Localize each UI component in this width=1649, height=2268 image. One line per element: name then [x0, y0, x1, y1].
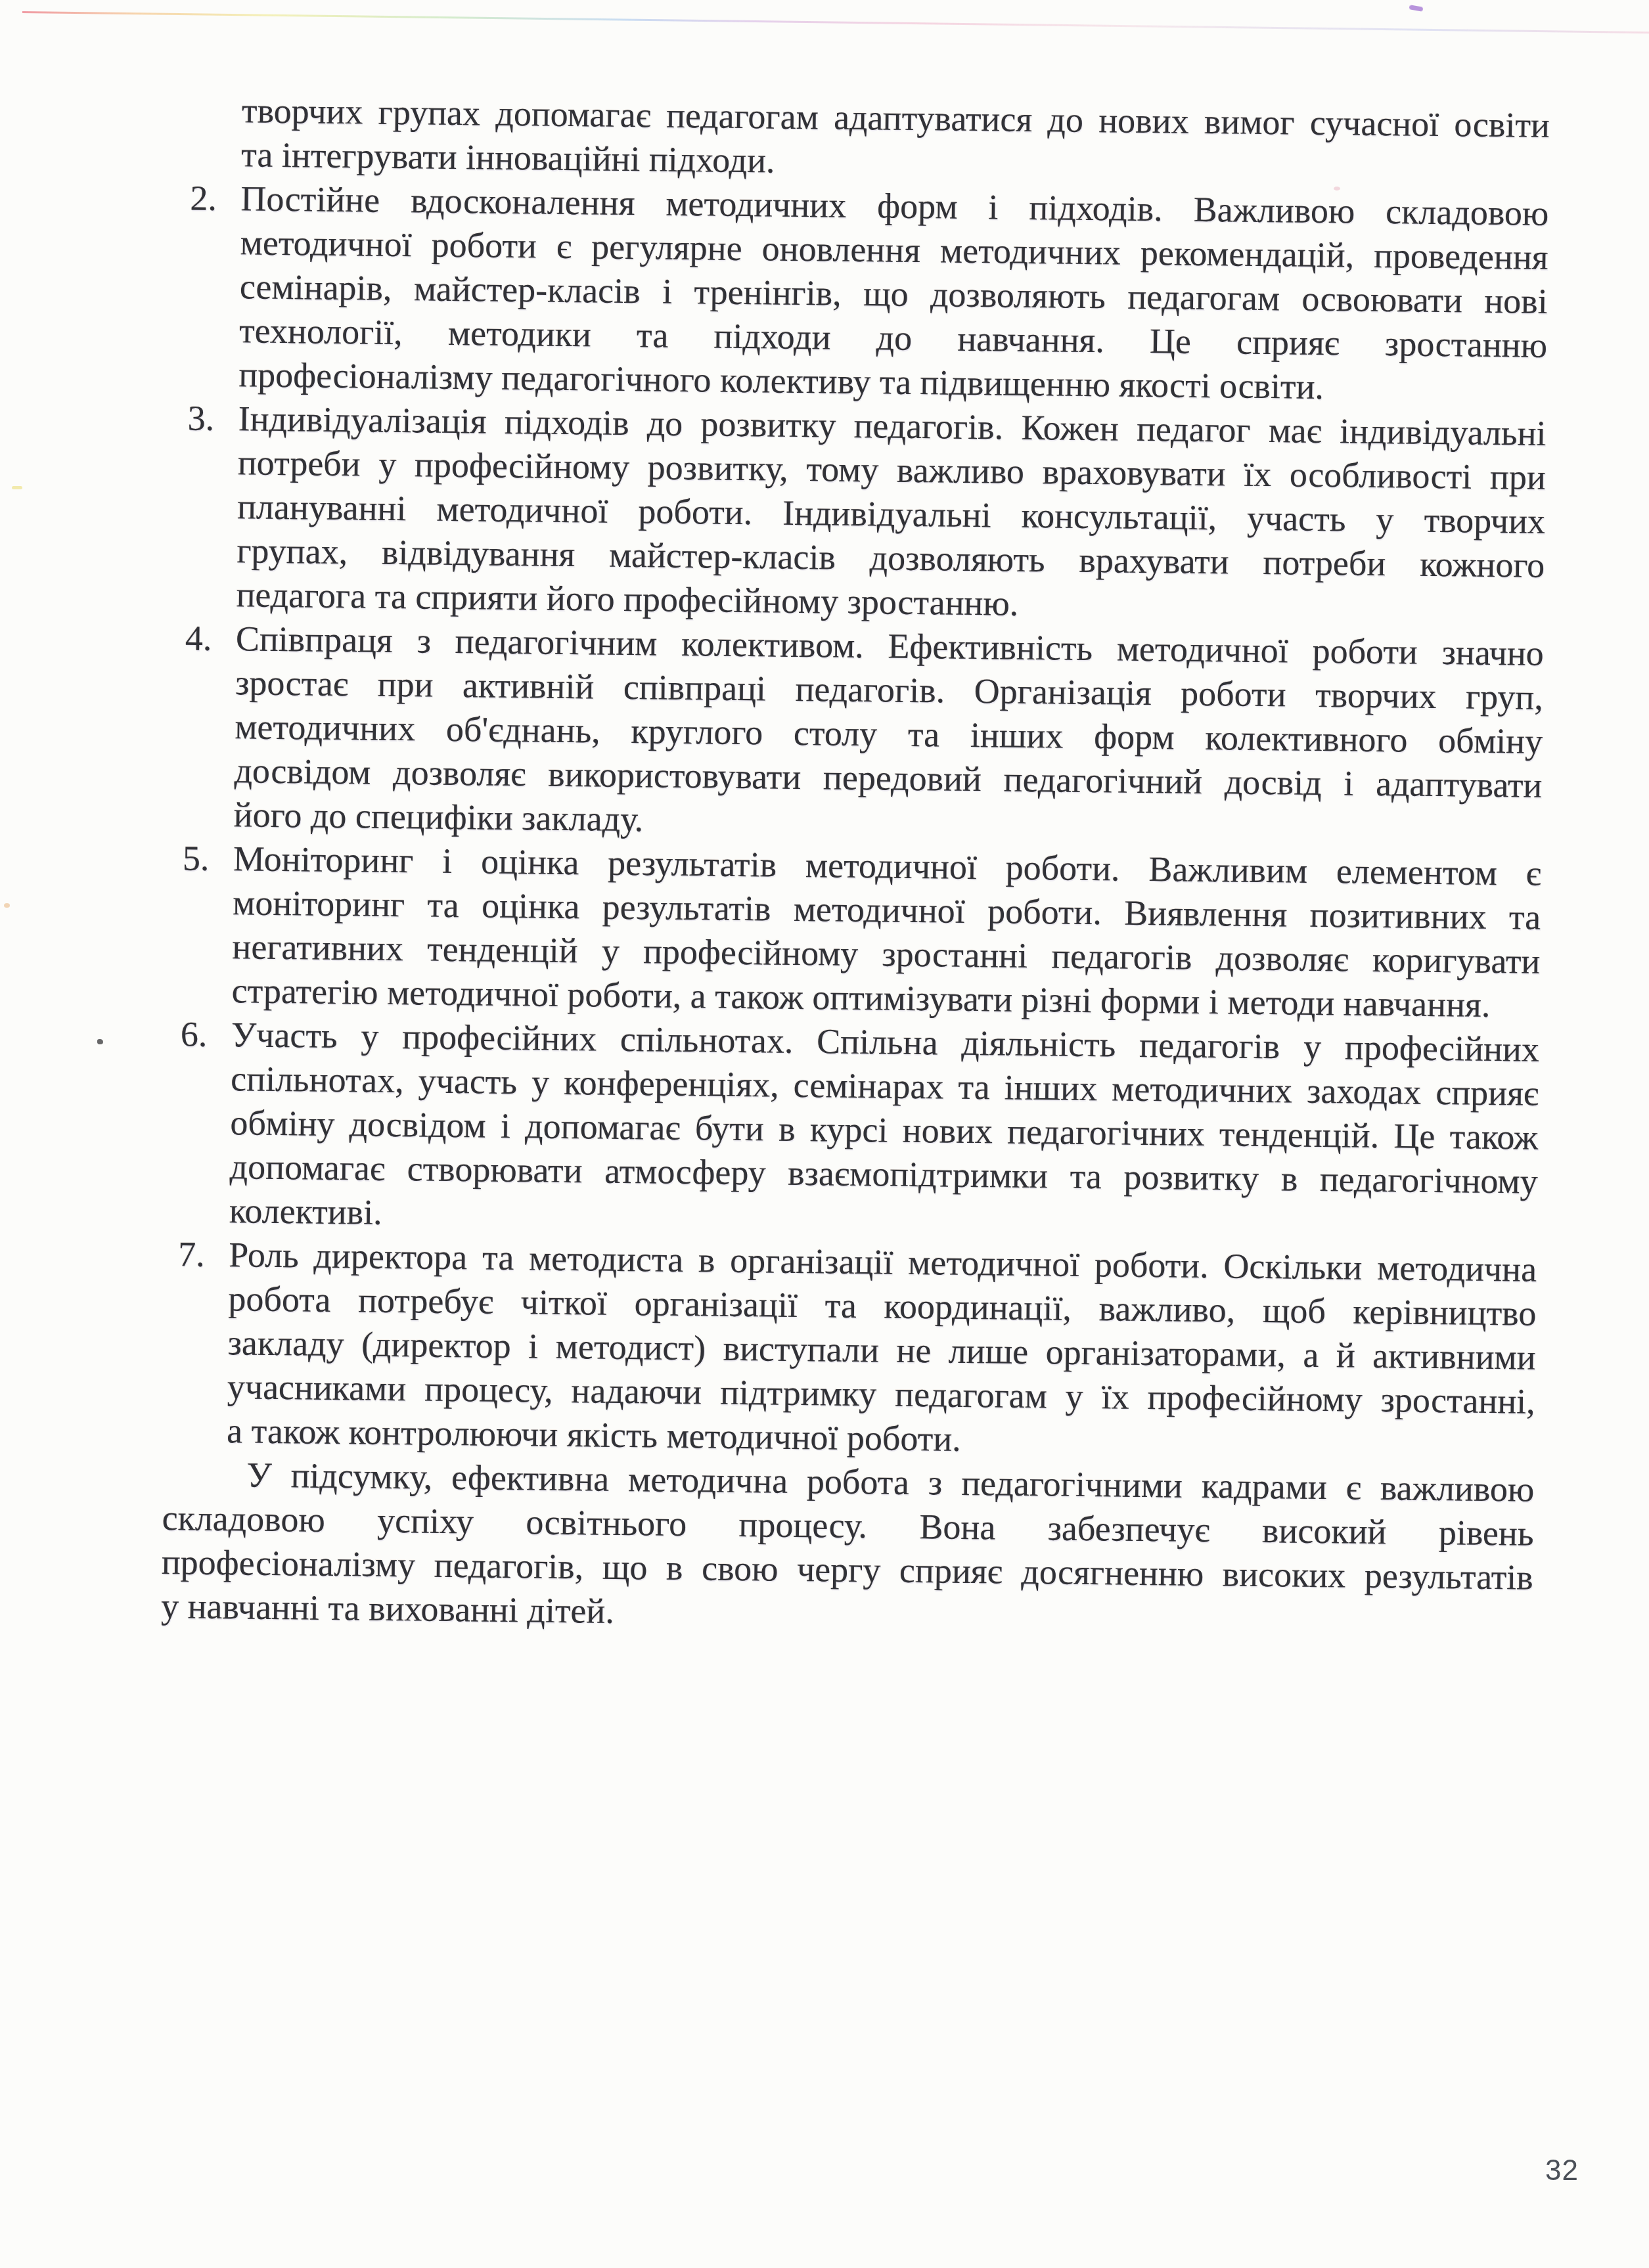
list-item: 3.Індивідуалізація підходів до розвитку …: [172, 396, 1547, 632]
list-item-number: 6.: [181, 1012, 229, 1057]
list-item-number: 4.: [185, 616, 233, 661]
list-item-number: 3.: [187, 396, 235, 441]
scan-speck: [12, 486, 22, 489]
paragraph-continuation: творчих групах допомагає педагогам адапт…: [177, 88, 1550, 192]
scan-speck: [4, 903, 10, 908]
scan-edge-artifact: [22, 11, 1649, 33]
closing-paragraph: У підсумку, ефективна методична робота з…: [161, 1452, 1535, 1644]
list-item-number: 5.: [183, 836, 231, 881]
document-body: творчих групах допомагає педагогам адапт…: [161, 88, 1550, 1644]
page-number: 32: [1545, 2154, 1579, 2187]
list-item: 6.Участь у професійних спільнотах. Спіль…: [166, 1012, 1540, 1248]
scan-speck: [97, 1039, 103, 1044]
list-item: 7.Роль директора та методиста в організа…: [163, 1232, 1537, 1468]
scanned-document-page: творчих групах допомагає педагогам адапт…: [0, 0, 1649, 2268]
list-item-number: 2.: [190, 176, 238, 221]
stray-pen-mark: [1409, 5, 1424, 12]
list-item: 2.Постійне вдосконалення методичних форм…: [175, 176, 1549, 412]
list-item: 5.Моніторинг і оцінка результатів методи…: [168, 836, 1541, 1028]
list-item-number: 7.: [178, 1232, 226, 1277]
list-item: 4.Співпраця з педагогічним колективом. Е…: [169, 616, 1544, 852]
